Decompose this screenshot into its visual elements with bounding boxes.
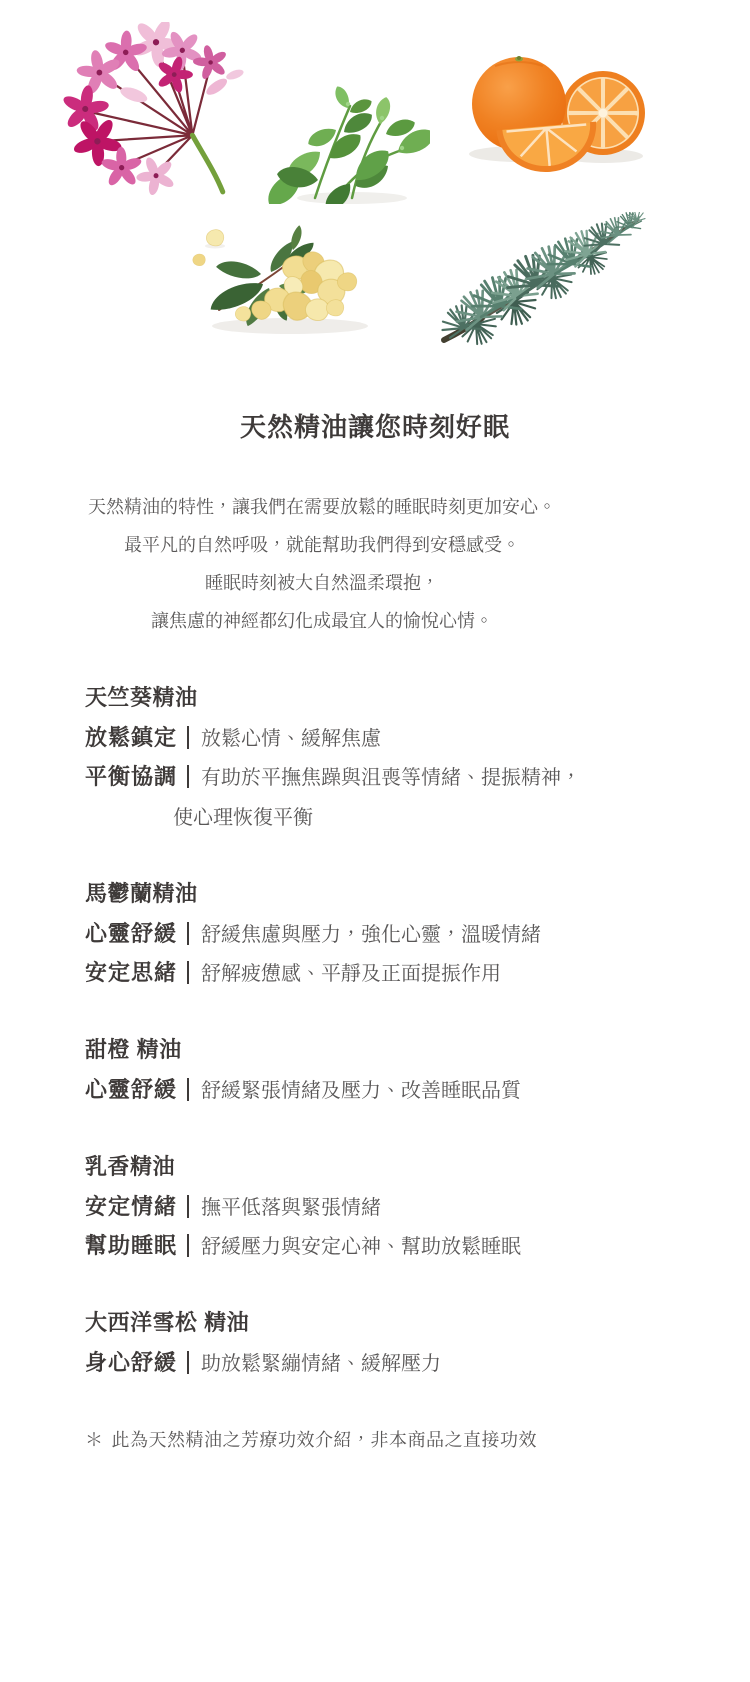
benefit-text: 有助於平撫焦躁與沮喪等情緒、提振精神， <box>201 767 581 789</box>
benefit-text: 舒緩焦慮與壓力，強化心靈，溫暖情緒 <box>201 924 541 946</box>
benefit-label: 心靈舒緩 <box>85 1077 177 1102</box>
frankincense-resin-sprig-image <box>175 222 375 347</box>
benefit-row: 放鬆鎮定放鬆心情、緩解焦慮 <box>85 725 710 752</box>
section-frankincense-oil: 乳香精油 安定情緒撫平低落與緊張情緒 幫助睡眠舒緩壓力與安定心神、幫助放鬆睡眠 <box>85 1154 710 1260</box>
page-title: 天然精油讓您時刻好眠 <box>0 413 750 441</box>
separator-bar <box>187 1234 189 1257</box>
benefit-row: 幫助睡眠舒緩壓力與安定心神、幫助放鬆睡眠 <box>85 1233 710 1260</box>
section-geranium-oil: 天竺葵精油 放鬆鎮定放鬆心情、緩解焦慮 平衡協調有助於平撫焦躁與沮喪等情緒、提振… <box>85 685 710 831</box>
intro-line: 最平凡的自然呼吸，就能幫助我們得到安穩感受。 <box>0 526 644 564</box>
section-heading: 天竺葵精油 <box>85 685 710 711</box>
benefit-row: 身心舒緩助放鬆緊繃情緒、緩解壓力 <box>85 1350 710 1377</box>
cedar-branch-image <box>430 212 652 350</box>
section-heading: 馬鬱蘭精油 <box>85 881 710 907</box>
orange-fruit-image <box>443 42 651 182</box>
separator-bar <box>187 1351 189 1374</box>
benefit-row: 平衡協調有助於平撫焦躁與沮喪等情緒、提振精神， 使心理恢復平衡 <box>85 764 710 831</box>
asterisk-marker: ＊ <box>85 1430 104 1450</box>
separator-bar <box>187 1078 189 1101</box>
benefit-label: 放鬆鎮定 <box>85 725 177 750</box>
benefit-text: 舒緩緊張情緒及壓力、改善睡眠品質 <box>201 1080 521 1102</box>
benefit-label: 平衡協調 <box>85 764 177 789</box>
marjoram-sprig-image <box>260 72 430 204</box>
benefit-label: 身心舒緩 <box>85 1350 177 1375</box>
benefit-label: 安定思緒 <box>85 960 177 985</box>
disclaimer-footnote: ＊此為天然精油之芳療功效介紹，非本商品之直接功效 <box>0 1427 750 1453</box>
intro-line: 睡眠時刻被大自然溫柔環抱， <box>0 564 644 602</box>
section-heading: 大西洋雪松 精油 <box>85 1310 710 1336</box>
separator-bar <box>187 765 189 788</box>
benefit-label: 安定情緒 <box>85 1194 177 1219</box>
section-heading: 甜橙 精油 <box>85 1037 710 1063</box>
benefit-row: 心靈舒緩舒緩緊張情緒及壓力、改善睡眠品質 <box>85 1077 710 1104</box>
section-atlas-cedar-oil: 大西洋雪松 精油 身心舒緩助放鬆緊繃情緒、緩解壓力 <box>85 1310 710 1377</box>
description-content: 天然精油讓您時刻好眠 天然精油的特性，讓我們在需要放鬆的睡眠時刻更加安心。 最平… <box>0 413 750 1453</box>
separator-bar <box>187 922 189 945</box>
benefit-text: 放鬆心情、緩解焦慮 <box>201 728 381 750</box>
separator-bar <box>187 726 189 749</box>
benefit-text: 舒緩壓力與安定心神、幫助放鬆睡眠 <box>201 1236 521 1258</box>
intro-line: 讓焦慮的神經都幻化成最宜人的愉悅心情。 <box>0 602 644 640</box>
benefit-row: 心靈舒緩舒緩焦慮與壓力，強化心靈，溫暖情緒 <box>85 921 710 948</box>
benefit-label: 心靈舒緩 <box>85 921 177 946</box>
section-sweet-orange-oil: 甜橙 精油 心靈舒緩舒緩緊張情緒及壓力、改善睡眠品質 <box>85 1037 710 1104</box>
benefit-row: 安定情緒撫平低落與緊張情緒 <box>85 1194 710 1221</box>
benefit-text: 舒解疲憊感、平靜及正面提振作用 <box>201 963 501 985</box>
hero-botanicals <box>0 0 750 360</box>
intro-paragraph: 天然精油的特性，讓我們在需要放鬆的睡眠時刻更加安心。 最平凡的自然呼吸，就能幫助… <box>0 488 644 640</box>
oil-sections: 天竺葵精油 放鬆鎮定放鬆心情、緩解焦慮 平衡協調有助於平撫焦躁與沮喪等情緒、提振… <box>0 685 750 1377</box>
benefit-label: 幫助睡眠 <box>85 1233 177 1258</box>
intro-line: 天然精油的特性，讓我們在需要放鬆的睡眠時刻更加安心。 <box>0 488 644 526</box>
geranium-flowers-image <box>63 22 245 204</box>
section-heading: 乳香精油 <box>85 1154 710 1180</box>
benefit-row: 安定思緒舒解疲憊感、平靜及正面提振作用 <box>85 960 710 987</box>
disclaimer-text: 此為天然精油之芳療功效介紹，非本商品之直接功效 <box>112 1430 538 1450</box>
product-description-page: 天然精油讓您時刻好眠 天然精油的特性，讓我們在需要放鬆的睡眠時刻更加安心。 最平… <box>0 0 750 1682</box>
separator-bar <box>187 1195 189 1218</box>
section-marjoram-oil: 馬鬱蘭精油 心靈舒緩舒緩焦慮與壓力，強化心靈，溫暖情緒 安定思緒舒解疲憊感、平靜… <box>85 881 710 987</box>
benefit-text-continued: 使心理恢復平衡 <box>85 805 710 831</box>
separator-bar <box>187 961 189 984</box>
benefit-text: 助放鬆緊繃情緒、緩解壓力 <box>201 1353 441 1375</box>
benefit-text: 撫平低落與緊張情緒 <box>201 1197 381 1219</box>
